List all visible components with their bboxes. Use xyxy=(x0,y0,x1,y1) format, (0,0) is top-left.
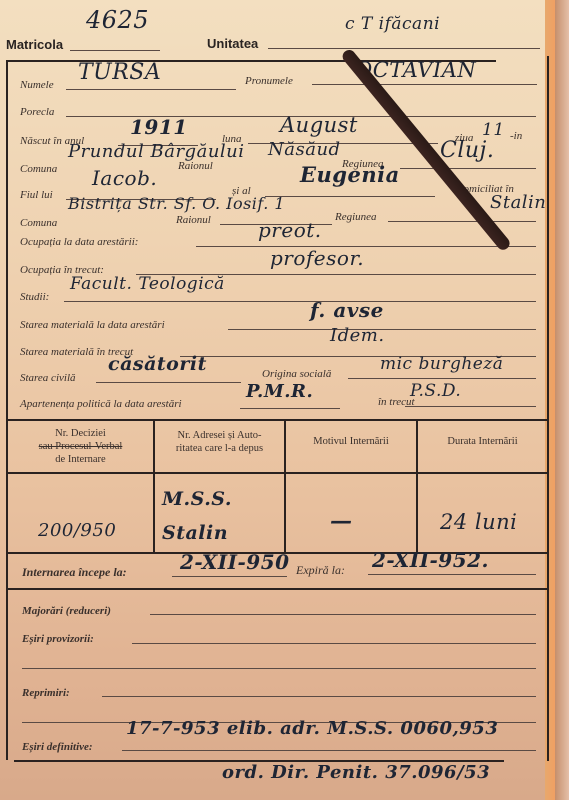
studii-label: Studii: xyxy=(20,291,49,303)
header-decizie-line3: de Internare xyxy=(8,453,153,466)
unitatea-label: Unitatea xyxy=(207,36,258,51)
table-header-adresa: Nr. Adresei și Auto- ritatea care l-a de… xyxy=(155,429,284,455)
nascut-value: 1911 xyxy=(130,115,188,139)
table-header-durata: Durata Internării xyxy=(418,435,547,448)
ocupatia-arest-line xyxy=(196,246,536,247)
form-border-left xyxy=(6,60,8,760)
ocupatia-arest-value: preot. xyxy=(258,218,322,242)
header-decizie-line2: sau Procesul-Verbal xyxy=(8,440,153,453)
esiri-def-line xyxy=(122,750,536,751)
studii-value: Facult. Teologică xyxy=(70,274,225,294)
si-al-value: Eugenia xyxy=(300,162,400,187)
origina-value: mic burgheză xyxy=(380,354,503,374)
numele-label: Numele xyxy=(20,79,54,91)
stare-civila-value: căsătorit xyxy=(108,353,207,375)
stare-civila-line xyxy=(96,382,241,383)
esiri-def-value2: ord. Dir. Penit. 37.096/53 xyxy=(222,762,490,783)
blank-line-1 xyxy=(22,668,536,669)
stare-mat-arest-label: Starea materială la data arestări xyxy=(20,319,165,331)
table-header-bottom xyxy=(8,472,547,474)
header-adresa-line1: Nr. Adresei și Auto- xyxy=(155,429,284,442)
raionul2-label: Raionul xyxy=(176,214,211,226)
stare-civila-label: Starea civilă xyxy=(20,372,76,384)
majorari-line xyxy=(150,614,536,615)
comuna2-label: Comuna xyxy=(20,217,57,229)
studii-line xyxy=(64,301,536,302)
stare-mat-trecut-value: Idem. xyxy=(330,325,385,346)
comuna1-value: Prundul Bârgăului xyxy=(68,141,245,162)
fiul-label: Fiul lui xyxy=(20,189,53,201)
internment-divider xyxy=(8,588,547,590)
esiri-prov-label: Eșiri provizorii: xyxy=(22,633,94,645)
raionul1-label: Raionul xyxy=(178,160,213,172)
expira-value: 2-XII-952. xyxy=(372,548,489,572)
form-border-right xyxy=(547,56,549,761)
incepe-value: 2-XII-950 xyxy=(180,550,290,574)
ocupatia-arest-label: Ocupația la data arestării: xyxy=(20,236,138,248)
regiunea2-line xyxy=(388,221,536,222)
origina-line xyxy=(348,378,536,379)
esiri-def-label: Eșiri definitive: xyxy=(22,741,93,753)
in-trecut-line xyxy=(405,406,536,407)
apartenenta-value: P.M.R. xyxy=(246,381,313,402)
porecla-label: Porecla xyxy=(20,106,54,118)
raionul1-value: Năsăud xyxy=(268,139,341,160)
cell-decizie: 200/950 xyxy=(38,520,116,541)
comuna2-value: Bistrița Str. Sf. O. Iosif. 1 xyxy=(68,194,285,213)
table-border-top xyxy=(8,419,547,421)
table-header-decizie: Nr. Deciziei sau Procesul-Verbal de Inte… xyxy=(8,427,153,466)
comuna1-label: Comuna xyxy=(20,163,57,175)
ziua-value: 11 xyxy=(482,120,505,140)
esiri-def-value: 17-7-953 elib. adr. M.S.S. 0060,953 xyxy=(126,718,498,739)
numele-line xyxy=(66,89,236,90)
ocupatia-trecut-value: profesor. xyxy=(270,246,364,270)
regiunea2-label: Regiunea xyxy=(335,211,377,223)
apartenenta-line xyxy=(240,408,340,409)
regiunea2-value: Stalin xyxy=(490,192,546,213)
in-trecut-value: P.S.D. xyxy=(410,381,461,401)
unitatea-line xyxy=(268,48,540,49)
reprimiri-label: Reprimiri: xyxy=(22,687,70,699)
apartenenta-label: Apartenența politică la data arestări xyxy=(20,398,182,410)
fiul-value: Iacob. xyxy=(92,166,157,190)
numele-value: TURSA xyxy=(78,60,161,85)
unitatea-value: c T ifăcani xyxy=(345,14,440,34)
matricola-value: 4625 xyxy=(86,6,149,34)
header-decizie-line1: Nr. Deciziei xyxy=(8,427,153,440)
stare-mat-arest-value: f. avse xyxy=(310,298,384,322)
expira-label: Expiră la: xyxy=(296,563,345,578)
table-header-motiv: Motivul Internării xyxy=(286,435,416,448)
esiri-prov-line xyxy=(132,643,536,644)
cell-motiv: — xyxy=(330,508,353,534)
incepe-label: Internarea începe la: xyxy=(22,565,127,580)
majorari-label: Majorări (reduceri) xyxy=(22,605,111,617)
background-edge xyxy=(555,0,569,800)
matricola-label: Matricola xyxy=(6,37,63,52)
regiunea1-value: Cluj. xyxy=(440,138,494,163)
prenumele-line xyxy=(312,84,537,85)
reprimiri-line xyxy=(102,696,536,697)
prenumele-label: Pronumele xyxy=(245,75,293,87)
ziua-suffix: -in xyxy=(510,130,522,142)
si-al-line xyxy=(265,196,435,197)
regiunea1-line xyxy=(400,168,536,169)
incepe-line xyxy=(172,576,287,577)
origina-label: Origina socială xyxy=(262,368,331,380)
luna-value: August xyxy=(280,113,358,137)
cell-adresa: M.S.S. Stalin xyxy=(162,482,262,550)
matricola-line xyxy=(70,50,160,51)
cell-durata: 24 luni xyxy=(440,510,517,534)
header-adresa-line2: ritatea care l-a depus xyxy=(155,442,284,455)
expira-line xyxy=(368,574,536,575)
